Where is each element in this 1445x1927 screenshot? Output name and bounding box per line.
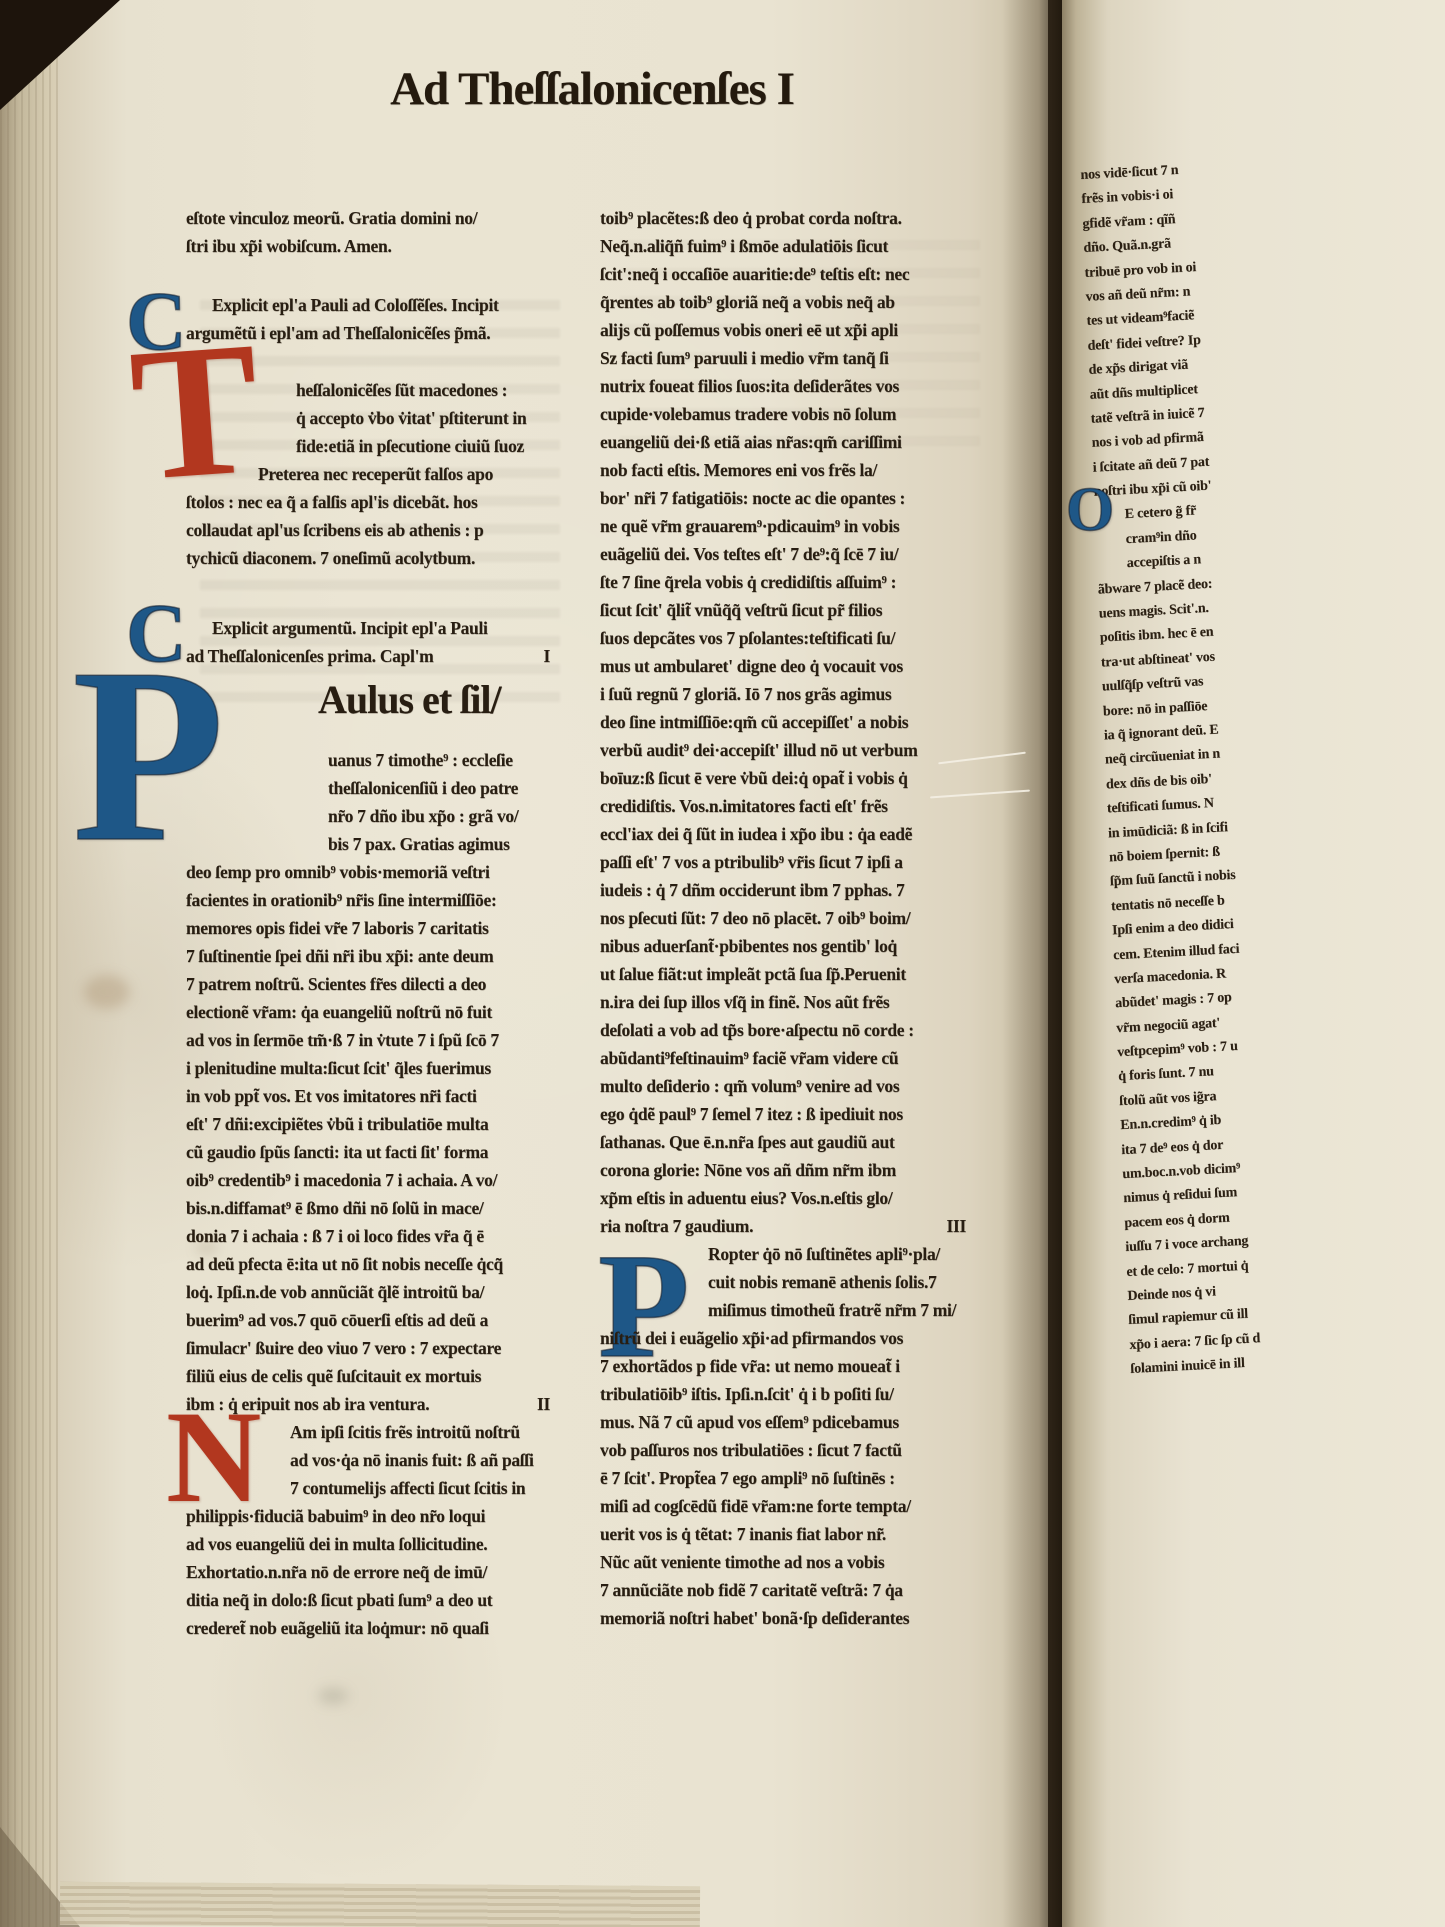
text-line: xp̃m eſtis in aduentu eius? Vos.n.eſtis …: [600, 1184, 1000, 1212]
line-text: eſt' 7 dñi:excipiẽtes v̇bũ i tribulatiōe…: [186, 1114, 488, 1134]
line-text: dño. Quã.n.grã: [1083, 237, 1171, 257]
text-line: fide:etiã in pſecutione ciuiũ ſuoz: [186, 432, 584, 460]
line-text: tychicũ diaconem. 7 oneſimũ acolytbum.: [186, 548, 475, 568]
left-text-column: eſtote vinculoz meorũ. Gratia domini no/…: [186, 204, 584, 1642]
line-text: nimus q̇ reſidui ſum: [1123, 1186, 1237, 1207]
text-line: euãgeliũ dei. Vos teſtes eſt' 7 de⁹:q̃ ſ…: [600, 540, 1000, 568]
line-text: collaudat apl'us ſcribens eis ab athenis…: [186, 520, 483, 540]
line-text: eſtote vinculoz meorũ. Gratia domini no/: [186, 208, 477, 228]
line-text: alijs cũ poſſemus vobis oneri eē ut xp̃i…: [600, 320, 898, 340]
line-text: uerit vos is q̇ tẽtat: 7 inanis fiat lab…: [600, 1524, 886, 1544]
line-text: ſte 7 ſine q̃rela vobis q̇ credidiſtis a…: [600, 572, 896, 592]
line-text: bis 7 pax. Gratias agimus: [328, 834, 510, 854]
line-text: ad deũ pfecta ē:ita ut nō ſit nobis nece…: [186, 1254, 503, 1274]
text-line: philippis·fiduciã babuim⁹ in deo nr̃o lo…: [186, 1502, 584, 1530]
line-text: ſathanas. Que ē.n.nr̃a ſpes aut gaudiũ a…: [600, 1132, 895, 1152]
text-line: ut ſalue fiãt:ut impleãt pctã ſua ſp̃.Pe…: [600, 960, 1000, 988]
text-line: bis 7 pax. Gratias agimus: [186, 830, 584, 858]
text-line: nibus aduerſant̃·pbibentes nos gentib' l…: [600, 932, 1000, 960]
text-line: miſi ad cogſcēdũ fidē vr̃am:ne forte tem…: [600, 1492, 1000, 1520]
line-text: Neq̃.n.aliq̃ñ fuim⁹ i ßmōe adulatiōis ſi…: [600, 236, 888, 256]
text-line: boīuz:ß ſicut ē vere v̇bũ dei:q̇ opat̃ i…: [600, 764, 1000, 792]
line-text: i plenitudine multa:ſicut ſcit' q̃les fu…: [186, 1058, 491, 1078]
line-text: 7 contumelijs affecti ſicut ſcitis in: [290, 1478, 525, 1498]
line-text: ſimul rapiemur cũ ill: [1128, 1307, 1248, 1328]
text-line: euangeliũ dei·ß etiã aias nr̃as:qm̃ cari…: [600, 428, 1000, 456]
line-text: tes ut videam⁹faciẽ: [1086, 309, 1194, 330]
line-text: nutrix foueat filios ſuos:ita deſiderãte…: [600, 376, 899, 396]
line-text: de xp̃s dirigat viã: [1088, 358, 1188, 378]
text-line: vob paſſuros nos tribulatiōes : ſicut 7 …: [600, 1436, 1000, 1464]
text-line: in vob ppt̃ vos. Et vos imitatores nr̃i …: [186, 1082, 584, 1110]
line-text: filiũ eius de celis quẽ ſuſcitauit ex mo…: [186, 1366, 481, 1386]
line-text: ria noſtra 7 gaudium.: [600, 1216, 753, 1236]
text-line: bor' nr̃i 7 fatigatiōis: nocte ac die op…: [600, 484, 1000, 512]
line-text: nob facti eſtis. Memores eni vos frẽs la…: [600, 460, 877, 480]
text-line: q̃rentes ab toib⁹ gloriã neq̃ a vobis ne…: [600, 288, 1000, 316]
line-text: ditia neq̃ in dolo:ß ſicut pbati ſum⁹ a …: [186, 1590, 492, 1610]
text-line: nob facti eſtis. Memores eni vos frẽs la…: [600, 456, 1000, 484]
line-text: abũdanti⁹feſtinauim⁹ faciẽ vr̃am videre …: [600, 1048, 898, 1068]
text-line: bis.n.diffamat⁹ ē ßmo dñi nō ſolũ in mac…: [186, 1194, 584, 1222]
text-line: ad vos euangeliũ dei in multa ſollicitud…: [186, 1530, 584, 1558]
text-line: Nũc aũt veniente timothe ad nos a vobis: [600, 1548, 1000, 1576]
text-line: 7 contumelijs affecti ſicut ſcitis in: [186, 1474, 584, 1502]
text-line: Ropter q̇ō nō ſuſtinẽtes apli⁹·pla/: [600, 1240, 1000, 1268]
line-text: nos vidē·ſicut 7 n: [1080, 163, 1178, 183]
illuminated-initial-next-page: O: [1066, 486, 1114, 536]
line-text: q̃rentes ab toib⁹ gloriã neq̃ a vobis ne…: [600, 292, 895, 312]
line-text: deſt' fidei veſtre? Ip: [1087, 333, 1201, 354]
line-text: vr̃m negociũ agat': [1116, 1015, 1220, 1035]
line-text: eccl'iax dei q̃ ſũt in iudea i xp̃o ibu …: [600, 824, 912, 844]
line-text: En.n.credim⁹ q̇ ib: [1120, 1113, 1221, 1133]
line-text: miſimus timotheũ fratrẽ nr̃m 7 mi/: [708, 1300, 956, 1320]
text-line: eſt' 7 dñi:excipiẽtes v̇bũ i tribulatiōe…: [186, 1110, 584, 1138]
line-text: cũ gaudio ſpũs ſancti: ita ut facti ſit'…: [186, 1142, 488, 1162]
line-text: memores opis fidei vr̃e 7 laboris 7 cari…: [186, 918, 489, 938]
line-text: Am ipſi ſcitis frẽs introitũ noſtrũ: [290, 1422, 520, 1442]
line-text: bore: nō in paſſiōe: [1103, 699, 1208, 719]
text-line: iudeis : q̇ 7 dñm occiderunt ibm 7 pphas…: [600, 876, 1000, 904]
line-text: E cetero g̃ fr̃: [1124, 504, 1196, 523]
text-line: mus ut ambularet' digne deo q̇ vocauit v…: [600, 652, 1000, 680]
line-text: euangeliũ dei·ß etiã aias nr̃as:qm̃ cari…: [600, 432, 902, 452]
text-line: memoriã noſtri habet' bonã·ſp deſiderant…: [600, 1604, 1000, 1632]
line-text: Preterea nec receperũt falſos apo: [258, 464, 493, 484]
line-text: verſa macedonia. R: [1114, 966, 1226, 987]
line-text: iudeis : q̇ 7 dñm occiderunt ibm 7 pphas…: [600, 880, 904, 900]
line-text: oib⁹ credentib⁹ i macedonia 7 i achaia. …: [186, 1170, 497, 1190]
line-text: et de celo: 7 mortui q̇: [1126, 1258, 1248, 1279]
line-text: ad vos in ſermōe tm̃·ß 7 in v̇tute 7 i ſ…: [186, 1030, 499, 1050]
line-text: Exhortatio.n.nr̃a nō de errore neq̃ de i…: [186, 1562, 487, 1582]
line-text: uens magis. Scit'.n.: [1099, 601, 1209, 622]
text-line: multo deſiderio : qm̃ volum⁹ venire ad v…: [600, 1072, 1000, 1100]
line-text: deſolati a vob ad tp̃s bore·aſpectu nō c…: [600, 1020, 914, 1040]
text-line: ſimulacr' ßuire deo viuo 7 vero : 7 expe…: [186, 1334, 584, 1362]
line-text: in imūdiciã: ß in ſcifi: [1108, 820, 1228, 841]
line-text: mus. Nã 7 cũ apud vos eſſem⁹ pdicebamus: [600, 1412, 899, 1432]
line-text: in vob ppt̃ vos. Et vos imitatores nr̃i …: [186, 1086, 477, 1106]
line-text: multo deſiderio : qm̃ volum⁹ venire ad v…: [600, 1076, 899, 1096]
line-text: poſitis ibm. hec ē en: [1100, 625, 1214, 646]
line-text: ad vos euangeliũ dei in multa ſollicitud…: [186, 1534, 487, 1554]
text-line: ditia neq̃ in dolo:ß ſicut pbati ſum⁹ a …: [186, 1586, 584, 1614]
text-line: facientes in orationib⁹ nr̃is ſine inter…: [186, 886, 584, 914]
text-line: 7 annũciãte nob fidẽ 7 caritatẽ veſtrã: …: [600, 1576, 1000, 1604]
text-line: ſtri ibu xp̃i wobiſcum. Amen.: [186, 232, 584, 260]
line-text: boīuz:ß ſicut ē vere v̇bũ dei:q̇ opat̃ i…: [600, 768, 908, 788]
text-line: nr̃o 7 dño ibu xp̃o : grã vo/: [186, 802, 584, 830]
text-line: collaudat apl'us ſcribens eis ab athenis…: [186, 516, 584, 544]
text-line: ſicut ſcit' q̃lit̃ vnũq̃q̃ veſtrũ ſicut …: [600, 596, 1000, 624]
line-text: cem. Etenim illud faci: [1113, 941, 1240, 963]
line-text: Ropter q̇ō nō ſuſtinẽtes apli⁹·pla/: [708, 1244, 940, 1264]
text-line: tribulatiōib⁹ iſtis. Ipſi.n.ſcit' q̇ i b…: [600, 1380, 1000, 1408]
line-text: i ſuũ regnũ 7 gloriã. Iō 7 nos grãs agim…: [600, 684, 891, 704]
line-text: nō boiem ſpernit: ß: [1109, 845, 1220, 866]
line-text: philippis·fiduciã babuim⁹ in deo nr̃o lo…: [186, 1506, 485, 1526]
text-line: ſte 7 ſine q̃rela vobis q̇ credidiſtis a…: [600, 568, 1000, 596]
line-text: bor' nr̃i 7 fatigatiōis: nocte ac die op…: [600, 488, 905, 508]
line-text: Deinde nos q̇ vi: [1127, 1284, 1216, 1304]
text-line: deſolati a vob ad tp̃s bore·aſpectu nō c…: [600, 1016, 1000, 1044]
line-text: Explicit argumentũ. Incipit epl'a Pauli: [212, 618, 488, 638]
line-text: pacem eos q̇ dorm: [1124, 1210, 1230, 1230]
text-line: alijs cũ poſſemus vobis oneri eē ut xp̃i…: [600, 316, 1000, 344]
line-text: ibm : q̇ eripuit nos ab ira ventura.: [186, 1394, 429, 1414]
line-text: electionẽ vr̃am: q̇a euangeliũ noſtrũ nō…: [186, 1002, 492, 1022]
paper-stain: [196, 1242, 218, 1254]
line-text: ne quẽ vr̃m grauarem⁹·pdicauim⁹ in vobis: [600, 516, 899, 536]
text-line: q̇ accepto v̇bo v̇itat' pſtiterunt in: [186, 404, 584, 432]
line-text: vos añ deũ nr̃m: n: [1085, 284, 1190, 304]
text-line: deo ſemp pro omnib⁹ vobis·memoriã veſtri: [186, 858, 584, 886]
line-text: q̇ foris ſunt. 7 nu: [1118, 1065, 1214, 1085]
line-text: i ſcitate añ deũ 7 pat: [1092, 454, 1209, 475]
text-line: Explicit argumentũ. Incipit epl'a Pauli: [186, 614, 584, 642]
line-text: nibus aduerſant̃·pbibentes nos gentib' l…: [600, 936, 897, 956]
line-text: theſſalonicenſiũ i deo patre: [328, 778, 518, 798]
line-text: nos i vob ad pfirmã: [1091, 430, 1204, 451]
text-line: IIIria noſtra 7 gaudium.: [600, 1212, 1000, 1240]
line-text: uanus 7 timothe⁹ : eccleſie: [328, 750, 513, 770]
text-line: Sz facti ſum⁹ paruuli i medio vr̃m tanq̃…: [600, 344, 1000, 372]
text-line: 7 patrem noſtrũ. Scientes fr̃es dilecti …: [186, 970, 584, 998]
line-text: nos pſecuti ſũt: 7 deo nō placēt. 7 oib⁹…: [600, 908, 910, 928]
text-line: Neq̃.n.aliq̃ñ fuim⁹ i ßmōe adulatiōis ſi…: [600, 232, 1000, 260]
text-line: tychicũ diaconem. 7 oneſimũ acolytbum.: [186, 544, 584, 572]
text-line: 7 exhortãdos p fide vr̃a: ut nemo moueat…: [600, 1352, 1000, 1380]
text-line: mus. Nã 7 cũ apud vos eſſem⁹ pdicebamus: [600, 1408, 1000, 1436]
line-text: xp̃o i aera: 7 ſic ſp cũ d: [1129, 1331, 1260, 1353]
line-text: paſſi eſt' 7 vos a ptribulib⁹ vr̃is ſicu…: [600, 852, 903, 872]
line-text: cuit nobis remanē athenis ſolis.7: [708, 1272, 936, 1292]
line-text: 7 patrem noſtrũ. Scientes fr̃es dilecti …: [186, 974, 486, 994]
line-text: loq̇. Ipſi.n.de vob annũciãt q̃lẽ introi…: [186, 1282, 484, 1302]
line-text: heſſalonicẽſes ſũt macedones :: [296, 380, 507, 400]
line-text: mus ut ambularet' digne deo q̇ vocauit v…: [600, 656, 903, 676]
line-text: ita 7 de⁹ eos q̇ dor: [1121, 1137, 1223, 1157]
line-text: bis.n.diffamat⁹ ē ßmo dñi nō ſolũ in mac…: [186, 1198, 483, 1218]
line-text: cupide·volebamus tradere vobis nō ſolum: [600, 404, 896, 424]
line-text: aũt dñs multiplicet: [1089, 382, 1198, 403]
text-line: nutrix foueat filios ſuos:ita deſiderãte…: [600, 372, 1000, 400]
text-line: buerim⁹ ad vos.7 quō cōuerſi eſtis ad de…: [186, 1306, 584, 1334]
line-text: n.ira dei ſup illos vſq̃ in finẽ. Nos aũ…: [600, 992, 889, 1012]
line-text: deo ſemp pro omnib⁹ vobis·memoriã veſtri: [186, 862, 490, 882]
book-photo: { "colors": { "ink": "#281e12", "rubric_…: [0, 0, 1445, 1927]
line-text: dex dñs de bis oib': [1106, 772, 1212, 793]
line-text: facientes in orationib⁹ nr̃is ſine inter…: [186, 890, 497, 910]
line-text: ſimulacr' ßuire deo viuo 7 vero : 7 expe…: [186, 1338, 501, 1358]
line-text: ad vos·q̇a nō inanis fuit: ß añ paſſi: [290, 1450, 534, 1470]
text-line: niſtrũ dei i euãgelio xp̃i·ad pfirmandos…: [600, 1324, 1000, 1352]
right-text-column: toib⁹ placẽtes:ß deo q̇ probat corda noſ…: [600, 204, 1000, 1632]
line-text: Nũc aũt veniente timothe ad nos a vobis: [600, 1552, 884, 1572]
text-line: paſſi eſt' 7 vos a ptribulib⁹ vr̃is ſicu…: [600, 848, 1000, 876]
text-line: donia 7 i achaia : ß 7 i oi loco fides v…: [186, 1222, 584, 1250]
line-text: q̇ accepto v̇bo v̇itat' pſtiterunt in: [296, 408, 526, 428]
line-text: xp̃m eſtis in aduentu eius? Vos.n.eſtis …: [600, 1188, 892, 1208]
line-text: ſuos depcãtes vos 7 pſolantes:teſtificat…: [600, 628, 895, 648]
text-line: eſtote vinculoz meorũ. Gratia domini no/: [186, 204, 584, 232]
text-line: n.ira dei ſup illos vſq̃ in finẽ. Nos aũ…: [600, 988, 1000, 1016]
line-text: credidiſtis. Vos.n.imitatores facti eſt'…: [600, 796, 888, 816]
line-text: iuſſu 7 i voce archang: [1125, 1234, 1248, 1255]
line-text: argumẽtũ i epl'am ad Theſſalonicẽſes p̃m…: [186, 323, 490, 343]
text-line: toib⁹ placẽtes:ß deo q̇ probat corda noſ…: [600, 204, 1000, 232]
line-text: ſtolũ aũt vos ig̃ra: [1119, 1089, 1217, 1109]
line-text: tra·ut abſtineat' vos: [1101, 649, 1216, 670]
line-text: 7 exhortãdos p fide vr̃a: ut nemo moueat…: [600, 1356, 900, 1376]
text-line: corona glorie: Nōne vos añ dñm nr̃m ibm: [600, 1156, 1000, 1184]
line-text: ſp̃m ſuũ ſanctũ i nobis: [1110, 868, 1236, 890]
line-text: ſolamini inuicē in ill: [1130, 1356, 1245, 1377]
line-text: deo ſine intmiſſiōe:qm̃ cũ accepiſſet' a…: [600, 712, 908, 732]
line-text: buerim⁹ ad vos.7 quō cōuerſi eſtis ad de…: [186, 1310, 488, 1330]
paper-stain: [318, 1688, 348, 1704]
text-line: ego q̇dẽ paul⁹ 7 ſemel 7 itez : ß ipediu…: [600, 1100, 1000, 1128]
chapter-number: III: [946, 1212, 966, 1240]
text-line: memores opis fidei vr̃e 7 laboris 7 cari…: [186, 914, 584, 942]
running-title: Ad Theſſalonicenſes I: [186, 62, 998, 122]
line-text: frẽs in vobis·i oi: [1081, 188, 1173, 208]
text-line: verbũ audit⁹ dei·accepiſt' illud nō ut v…: [600, 736, 1000, 764]
text-line: Am ipſi ſcitis frẽs introitũ noſtrũ: [186, 1418, 584, 1446]
line-text: neq̃ circũueniat in n: [1105, 747, 1221, 768]
line-text: vob paſſuros nos tribulatiōes : ſicut 7 …: [600, 1440, 902, 1460]
text-line: ſcit':neq̃ i occaſiōe auaritie:de⁹ teſti…: [600, 260, 1000, 288]
line-text: ut ſalue fiãt:ut impleãt pctã ſua ſp̃.Pe…: [600, 964, 906, 984]
line-text: 7 annũciãte nob fidẽ 7 caritatẽ veſtrã: …: [600, 1580, 903, 1600]
paper-stain: [84, 975, 130, 1009]
line-text: Aulus et ſil/: [318, 677, 501, 722]
line-text: tatẽ veſtrã in iuicẽ 7: [1090, 406, 1204, 427]
line-text: donia 7 i achaia : ß 7 i oi loco fides v…: [186, 1226, 484, 1246]
text-line: nos pſecuti ſũt: 7 deo nō placēt. 7 oib⁹…: [600, 904, 1000, 932]
text-line: deo ſine intmiſſiōe:qm̃ cũ accepiſſet' a…: [600, 708, 1000, 736]
line-text: teſtificati ſumus. N: [1107, 796, 1214, 817]
line-text: ſicut ſcit' q̃lit̃ vnũq̃q̃ veſtrũ ſicut …: [600, 600, 882, 620]
line-text: ſtolos : nec ea q̃ a falſis apl'is diceb…: [186, 492, 478, 512]
line-text: crederet̃ nob euãgeliũ ita loq̇mur: nō q…: [186, 1618, 489, 1638]
text-line: i ſuũ regnũ 7 gloriã. Iō 7 nos grãs agim…: [600, 680, 1000, 708]
text-line: ad vos in ſermōe tm̃·ß 7 in v̇tute 7 i ſ…: [186, 1026, 584, 1054]
line-text: memoriã noſtri habet' bonã·ſp deſiderant…: [600, 1608, 909, 1628]
line-text: accepiſtis a n: [1126, 552, 1201, 571]
text-line: ad vos·q̇a nō inanis fuit: ß añ paſſi: [186, 1446, 584, 1474]
text-line: cupide·volebamus tradere vobis nō ſolum: [600, 400, 1000, 428]
line-text: ia q̃ ignorant deũ. E: [1104, 722, 1219, 743]
text-line: filiũ eius de celis quẽ ſuſcitauit ex mo…: [186, 1362, 584, 1390]
text-line: 7 ſuſtinentie ſpei dñi nr̃i ibu xp̃i: an…: [186, 942, 584, 970]
text-line: crederet̃ nob euãgeliũ ita loq̇mur: nō q…: [186, 1614, 584, 1642]
bottom-page-stack-edge: [60, 1882, 700, 1927]
line-text: fide:etiã in pſecutione ciuiũ ſuoz: [296, 436, 524, 456]
chapter-number: I: [543, 642, 550, 670]
line-text: corona glorie: Nōne vos añ dñm nr̃m ibm: [600, 1160, 896, 1180]
line-text: ad Theſſalonicenſes prima. Capl'm: [186, 646, 433, 666]
line-text: cram⁹in dño: [1125, 528, 1196, 547]
line-text: veſtpcepim⁹ vob : 7 u: [1117, 1039, 1238, 1060]
text-line: loq̇. Ipſi.n.de vob annũciãt q̃lẽ introi…: [186, 1278, 584, 1306]
line-text: tribulatiōib⁹ iſtis. Ipſi.n.ſcit' q̇ i b…: [600, 1384, 894, 1404]
line-text: euãgeliũ dei. Vos teſtes eſt' 7 de⁹:q̃ ſ…: [600, 544, 898, 564]
text-line: heſſalonicẽſes ſũt macedones :: [186, 376, 584, 404]
text-line: electionẽ vr̃am: q̇a euangeliũ noſtrũ nō…: [186, 998, 584, 1026]
line-text: ē 7 ſcit'. Propt̃ea 7 ego ampli⁹ nō ſuſt…: [600, 1468, 895, 1488]
text-line: ſtolos : nec ea q̃ a falſis apl'is diceb…: [186, 488, 584, 516]
text-line: Exhortatio.n.nr̃a nō de errore neq̃ de i…: [186, 1558, 584, 1586]
text-line: cũ gaudio ſpũs ſancti: ita ut facti ſit'…: [186, 1138, 584, 1166]
line-text: tentatis nō neceſſe b: [1111, 893, 1225, 914]
text-line: argumẽtũ i epl'am ad Theſſalonicẽſes p̃m…: [186, 319, 584, 347]
chapter-number: II: [537, 1390, 550, 1418]
text-line: Explicit epl'a Pauli ad Coloſſẽſes. Inci…: [186, 291, 584, 319]
text-line: eccl'iax dei q̃ ſũt in iudea i xp̃o ibu …: [600, 820, 1000, 848]
text-line: i plenitudine multa:ſicut ſcit' q̃les fu…: [186, 1054, 584, 1082]
line-text: Sz facti ſum⁹ paruuli i medio vr̃m tanq̃…: [600, 348, 889, 368]
text-line: Aulus et ſil/: [186, 675, 584, 725]
line-text: nr̃o 7 dño ibu xp̃o : grã vo/: [328, 806, 518, 826]
text-line: ſathanas. Que ē.n.nr̃a ſpes aut gaudiũ a…: [600, 1128, 1000, 1156]
line-text: ãbware 7 placẽ deo:: [1098, 576, 1213, 597]
line-text: um.boc.n.vob dicim⁹: [1122, 1161, 1240, 1182]
line-text: tribuē pro vob in oi: [1084, 260, 1196, 281]
line-text: toib⁹ placẽtes:ß deo q̇ probat corda noſ…: [600, 208, 902, 228]
text-line: Iad Theſſalonicenſes prima. Capl'm: [186, 642, 584, 670]
line-text: ego q̇dẽ paul⁹ 7 ſemel 7 itez : ß ipediu…: [600, 1104, 903, 1124]
line-text: 7 ſuſtinentie ſpei dñi nr̃i ibu xp̃i: an…: [186, 946, 493, 966]
facing-page-text-column: nos vidē·ſicut 7 nfrẽs in vobis·i oigfid…: [1080, 145, 1445, 1383]
text-line: uerit vos is q̇ tẽtat: 7 inanis fiat lab…: [600, 1520, 1000, 1548]
line-text: abũdet' magis : 7 op: [1115, 990, 1232, 1011]
text-line: theſſalonicenſiũ i deo patre: [186, 774, 584, 802]
text-line: oib⁹ credentib⁹ i macedonia 7 i achaia. …: [186, 1166, 584, 1194]
line-text: ſtri ibu xp̃i wobiſcum. Amen.: [186, 236, 392, 256]
text-line: ē 7 ſcit'. Propt̃ea 7 ego ampli⁹ nō ſuſt…: [600, 1464, 1000, 1492]
line-text: verbũ audit⁹ dei·accepiſt' illud nō ut v…: [600, 740, 917, 760]
line-text: ſcit':neq̃ i occaſiōe auaritie:de⁹ teſti…: [600, 264, 909, 284]
text-line: ne quẽ vr̃m grauarem⁹·pdicauim⁹ in vobis: [600, 512, 1000, 540]
text-line: ad deũ pfecta ē:ita ut nō ſit nobis nece…: [186, 1250, 584, 1278]
line-text: Ipſi enim a deo didici: [1112, 917, 1234, 938]
text-line: uanus 7 timothe⁹ : eccleſie: [186, 746, 584, 774]
line-text: uulſq̃ſp veſtrũ vas: [1102, 674, 1204, 694]
text-line: miſimus timotheũ fratrẽ nr̃m 7 mi/: [600, 1296, 1000, 1324]
line-text: niſtrũ dei i euãgelio xp̃i·ad pfirmandos…: [600, 1328, 903, 1348]
text-line: abũdanti⁹feſtinauim⁹ faciẽ vr̃am videre …: [600, 1044, 1000, 1072]
line-text: Explicit epl'a Pauli ad Coloſſẽſes. Inci…: [212, 295, 499, 315]
text-line: IIibm : q̇ eripuit nos ab ira ventura.: [186, 1390, 584, 1418]
text-line: Preterea nec receperũt falſos apo: [186, 460, 584, 488]
line-text: miſi ad cogſcēdũ fidē vr̃am:ne forte tem…: [600, 1496, 911, 1516]
text-line: ſuos depcãtes vos 7 pſolantes:teſtificat…: [600, 624, 1000, 652]
text-line: cuit nobis remanē athenis ſolis.7: [600, 1268, 1000, 1296]
line-text: gfidẽ vr̃am : qĩñ: [1082, 212, 1175, 232]
